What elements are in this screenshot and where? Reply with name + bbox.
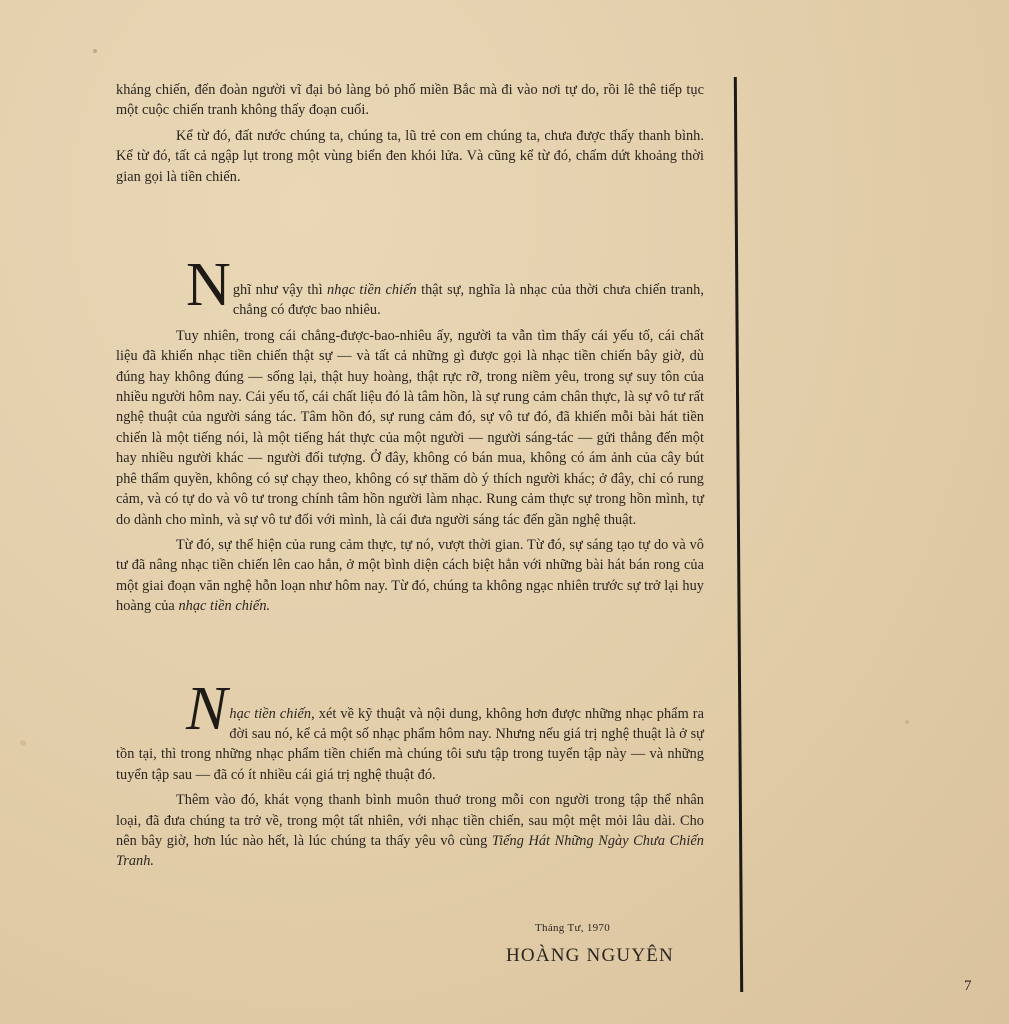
drop-cap-letter: N bbox=[186, 678, 227, 732]
dropcap-paragraph: Nghĩ như vậy thì nhạc tiền chiến thật sự… bbox=[116, 254, 704, 321]
emphasis-text: hạc tiền chiến bbox=[229, 706, 311, 722]
drop-cap-letter: N bbox=[186, 254, 231, 308]
paragraph: Tuy nhiên, trong cái chẳng-được-bao-nhiê… bbox=[116, 326, 704, 530]
author-name: HOÀNG NGUYÊN bbox=[506, 945, 674, 967]
paper-speck bbox=[20, 740, 26, 746]
section-spacer bbox=[116, 192, 704, 254]
paragraph: Từ đó, sự thể hiện của rung cảm thực, tự… bbox=[116, 535, 704, 617]
paper-speck bbox=[905, 720, 909, 724]
text-column: kháng chiến, đến đoàn người vĩ đại bỏ là… bbox=[116, 80, 704, 877]
emphasis-text: nhạc tiền chiến. bbox=[178, 598, 270, 614]
section-spacer bbox=[116, 622, 704, 678]
signature-date: Tháng Tư, 1970 bbox=[535, 922, 610, 934]
page-number: 7 bbox=[964, 978, 972, 995]
paragraph: Thêm vào đó, khát vọng thanh bình muôn t… bbox=[116, 790, 704, 872]
paragraph: kháng chiến, đến đoàn người vĩ đại bỏ là… bbox=[116, 80, 704, 121]
paper-speck bbox=[93, 49, 97, 53]
scanned-page: kháng chiến, đến đoàn người vĩ đại bỏ là… bbox=[0, 0, 1009, 1024]
dropcap-paragraph: Nhạc tiền chiến, xét về kỹ thuật và nội … bbox=[116, 678, 704, 786]
paragraph: Kể từ đó, đất nước chúng ta, chúng ta, l… bbox=[116, 126, 704, 187]
paragraph-text: ghĩ như vậy thì bbox=[233, 282, 327, 298]
emphasis-text: nhạc tiền chiến bbox=[327, 282, 417, 298]
vertical-rule bbox=[734, 77, 743, 992]
